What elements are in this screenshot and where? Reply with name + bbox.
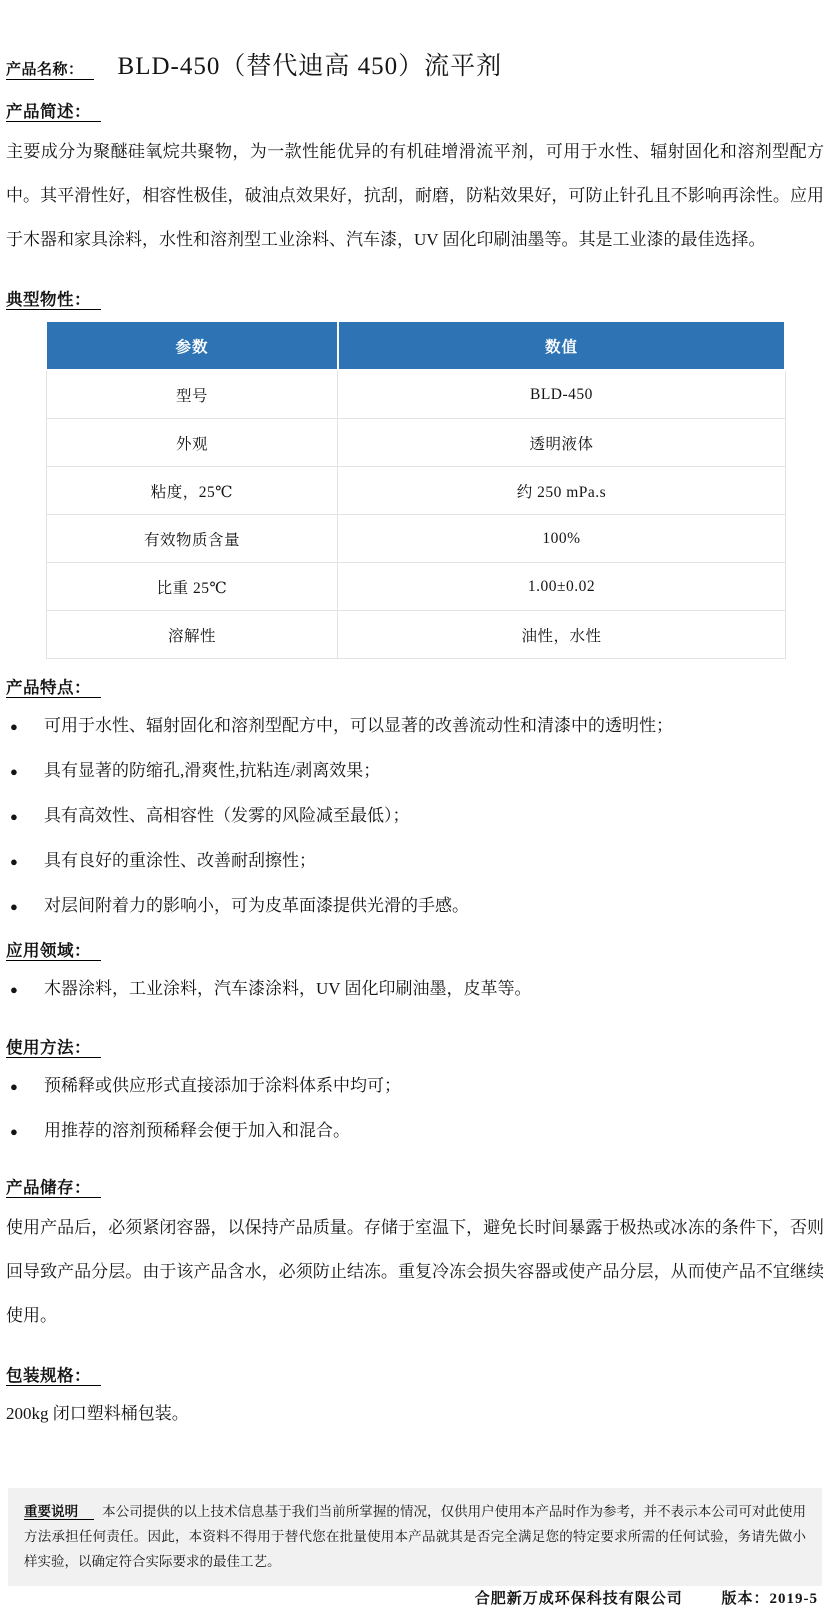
table-row: 比重 25℃ 1.00±0.02 (46, 563, 785, 611)
usage-list: ● 预稀释或供应形式直接添加于涂料体系中均可； ● 用推荐的溶剂预稀释会便于加入… (6, 1064, 824, 1154)
notice-body: 本公司提供的以上技术信息基于我们当前所掌握的情况，仅供用户使用本产品时作为参考，… (24, 1504, 806, 1569)
bullet-icon: ● (10, 840, 44, 884)
list-item: ● 具有良好的重涂性、改善耐刮擦性； (6, 839, 824, 884)
packaging-paragraph: 200kg 闭口塑料桶包装。 (6, 1394, 824, 1434)
version-label: 版本：2019-5 (722, 1591, 819, 1607)
properties-table-wrap: 参数 数值 型号 BLD-450 外观 透明液体 粘度，25℃ 约 250 mP… (45, 320, 786, 659)
col-header-parameter: 参数 (46, 321, 338, 370)
section-heading-storage: 产品储存： (6, 1174, 824, 1198)
list-item: ● 具有显著的防缩孔,滑爽性,抗粘连/剥离效果； (6, 749, 824, 794)
bullet-icon: ● (10, 705, 44, 749)
list-item: ● 木器涂料，工业涂料，汽车漆涂料，UV 固化印刷油墨，皮革等。 (6, 967, 824, 1012)
section-heading-usage: 使用方法： (6, 1034, 824, 1058)
section-heading-applications: 应用领域： (6, 937, 824, 961)
section-heading-packaging: 包装规格： (6, 1362, 824, 1386)
table-row: 粘度，25℃ 约 250 mPa.s (46, 467, 785, 515)
page-title: BLD-450（替代迪高 450）流平剂 (118, 46, 503, 82)
title-row: 产品名称： BLD-450（替代迪高 450）流平剂 (6, 46, 824, 82)
table-header-row: 参数 数值 (46, 321, 785, 370)
bullet-icon: ● (10, 968, 44, 1012)
product-name-label: 产品名称： (6, 58, 94, 80)
table-row: 外观 透明液体 (46, 419, 785, 467)
table-row: 型号 BLD-450 (46, 370, 785, 419)
list-item: ● 对层间附着力的影响小，可为皮革面漆提供光滑的手感。 (6, 884, 824, 929)
properties-table: 参数 数值 型号 BLD-450 外观 透明液体 粘度，25℃ 约 250 mP… (45, 320, 786, 659)
list-item: ● 可用于水性、辐射固化和溶剂型配方中，可以显著的改善流动性和清漆中的透明性； (6, 704, 824, 749)
list-item: ● 用推荐的溶剂预稀释会便于加入和混合。 (6, 1109, 824, 1154)
section-heading-overview: 产品简述： (6, 98, 824, 122)
table-row: 溶解性 油性，水性 (46, 611, 785, 659)
section-heading-properties: 典型物性： (6, 286, 824, 310)
important-notice-box: 重要说明本公司提供的以上技术信息基于我们当前所掌握的情况，仅供用户使用本产品时作… (8, 1488, 822, 1586)
bullet-icon: ● (10, 795, 44, 839)
list-item: ● 预稀释或供应形式直接添加于涂料体系中均可； (6, 1064, 824, 1109)
list-item: ● 具有高效性、高相容性（发雾的风险减至最低）； (6, 794, 824, 839)
bullet-icon: ● (10, 1065, 44, 1109)
storage-paragraph: 使用产品后，必须紧闭容器，以保持产品质量。存储于室温下，避免长时间暴露于极热或冰… (6, 1206, 824, 1338)
page-footer: 合肥新万成环保科技有限公司 版本：2019-5 (0, 1587, 822, 1608)
notice-label: 重要说明 (24, 1504, 94, 1520)
product-datasheet-page: { "header": { "product_name_label": "产品名… (0, 0, 830, 1622)
bullet-icon: ● (10, 1110, 44, 1154)
features-list: ● 可用于水性、辐射固化和溶剂型配方中，可以显著的改善流动性和清漆中的透明性； … (6, 704, 824, 929)
applications-list: ● 木器涂料，工业涂料，汽车漆涂料，UV 固化印刷油墨，皮革等。 (6, 967, 824, 1012)
table-row: 有效物质含量 100% (46, 515, 785, 563)
bullet-icon: ● (10, 750, 44, 794)
company-name: 合肥新万成环保科技有限公司 (475, 1591, 683, 1607)
overview-paragraph: 主要成分为聚醚硅氧烷共聚物，为一款性能优异的有机硅增滑流平剂，可用于水性、辐射固… (6, 130, 824, 262)
bullet-icon: ● (10, 885, 44, 929)
col-header-value: 数值 (338, 321, 785, 370)
section-heading-features: 产品特点： (6, 674, 824, 698)
